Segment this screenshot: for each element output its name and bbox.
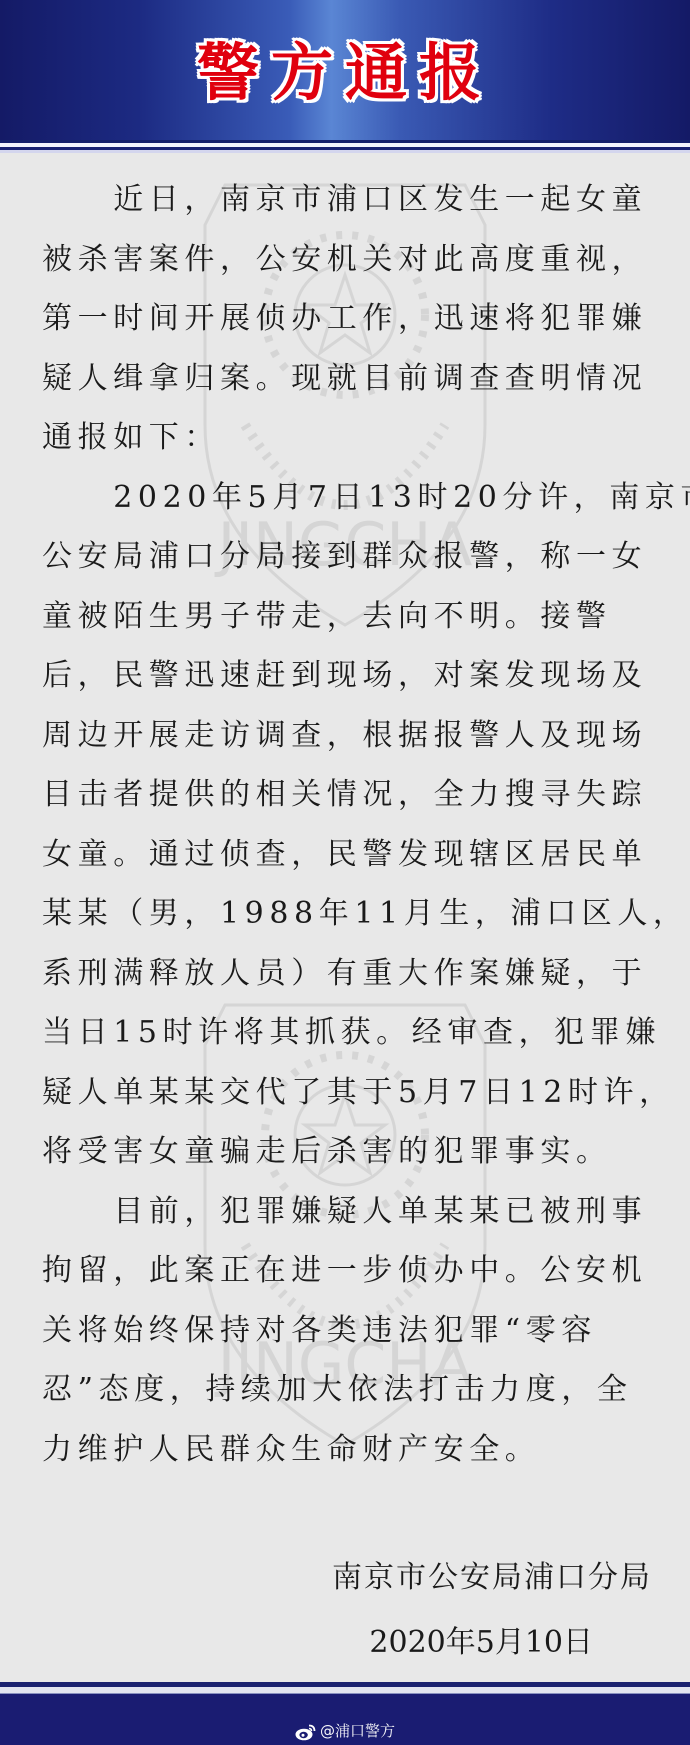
- body-line: 目前，犯罪嫌疑人单某某已被刑事: [42, 1192, 654, 1252]
- body-line: 周边开展走访调查，根据报警人及现场: [42, 716, 654, 776]
- weibo-icon: [295, 1723, 317, 1741]
- page-title: 警方通报: [0, 38, 690, 108]
- issue-date: 2020年5月10日: [369, 1617, 593, 1661]
- weibo-handle-link[interactable]: @浦口警方: [0, 1722, 690, 1741]
- notice-body: 近日，南京市浦口区发生一起女童 被杀害案件，公安机关对此高度重视， 第一时间开展…: [42, 180, 654, 1489]
- body-line: 关将始终保持对各类违法犯罪“零容: [42, 1311, 654, 1371]
- body-line: 某某（男，1988年11月生，浦口区人，: [42, 894, 654, 954]
- body-line: 将受害女童骗走后杀害的犯罪事实。: [42, 1132, 654, 1192]
- body-line: 被杀害案件，公安机关对此高度重视，: [42, 240, 654, 300]
- weibo-handle: @浦口警方: [320, 1722, 395, 1740]
- body-line: 系刑满释放人员）有重大作案嫌疑，于: [42, 954, 654, 1014]
- body-line: 童被陌生男子带走，去向不明。接警: [42, 597, 654, 657]
- body-line: 拘留，此案正在进一步侦办中。公安机: [42, 1251, 654, 1311]
- body-line: 疑人单某某交代了其于5月7日12时许，: [42, 1073, 654, 1133]
- body-line: 通报如下：: [42, 418, 654, 478]
- body-line: 疑人缉拿归案。现就目前调查查明情况: [42, 359, 654, 419]
- body-line: 后，民警迅速赶到现场，对案发现场及: [42, 656, 654, 716]
- header-banner: 警方通报: [0, 0, 690, 140]
- footer-divider: [0, 1682, 690, 1694]
- body-line: 近日，南京市浦口区发生一起女童: [42, 180, 654, 240]
- body-line: 公安局浦口分局接到群众报警，称一女: [42, 537, 654, 597]
- body-line: 力维护人民群众生命财产安全。: [42, 1430, 654, 1490]
- body-line: 当日15时许将其抓获。经审查，犯罪嫌: [42, 1013, 654, 1073]
- header-divider: [0, 140, 690, 153]
- body-line: 目击者提供的相关情况，全力搜寻失踪: [42, 775, 654, 835]
- body-line: 第一时间开展侦办工作，迅速将犯罪嫌: [42, 299, 654, 359]
- body-line: 女童。通过侦查，民警发现辖区居民单: [42, 835, 654, 895]
- body-line: 2020年5月7日13时20分许，南京市: [42, 478, 654, 538]
- footer-band: @浦口警方: [0, 1694, 690, 1745]
- body-line: 忍”态度，持续加大依法打击力度，全: [42, 1370, 654, 1430]
- issuing-organization: 南京市公安局浦口分局: [332, 1552, 652, 1596]
